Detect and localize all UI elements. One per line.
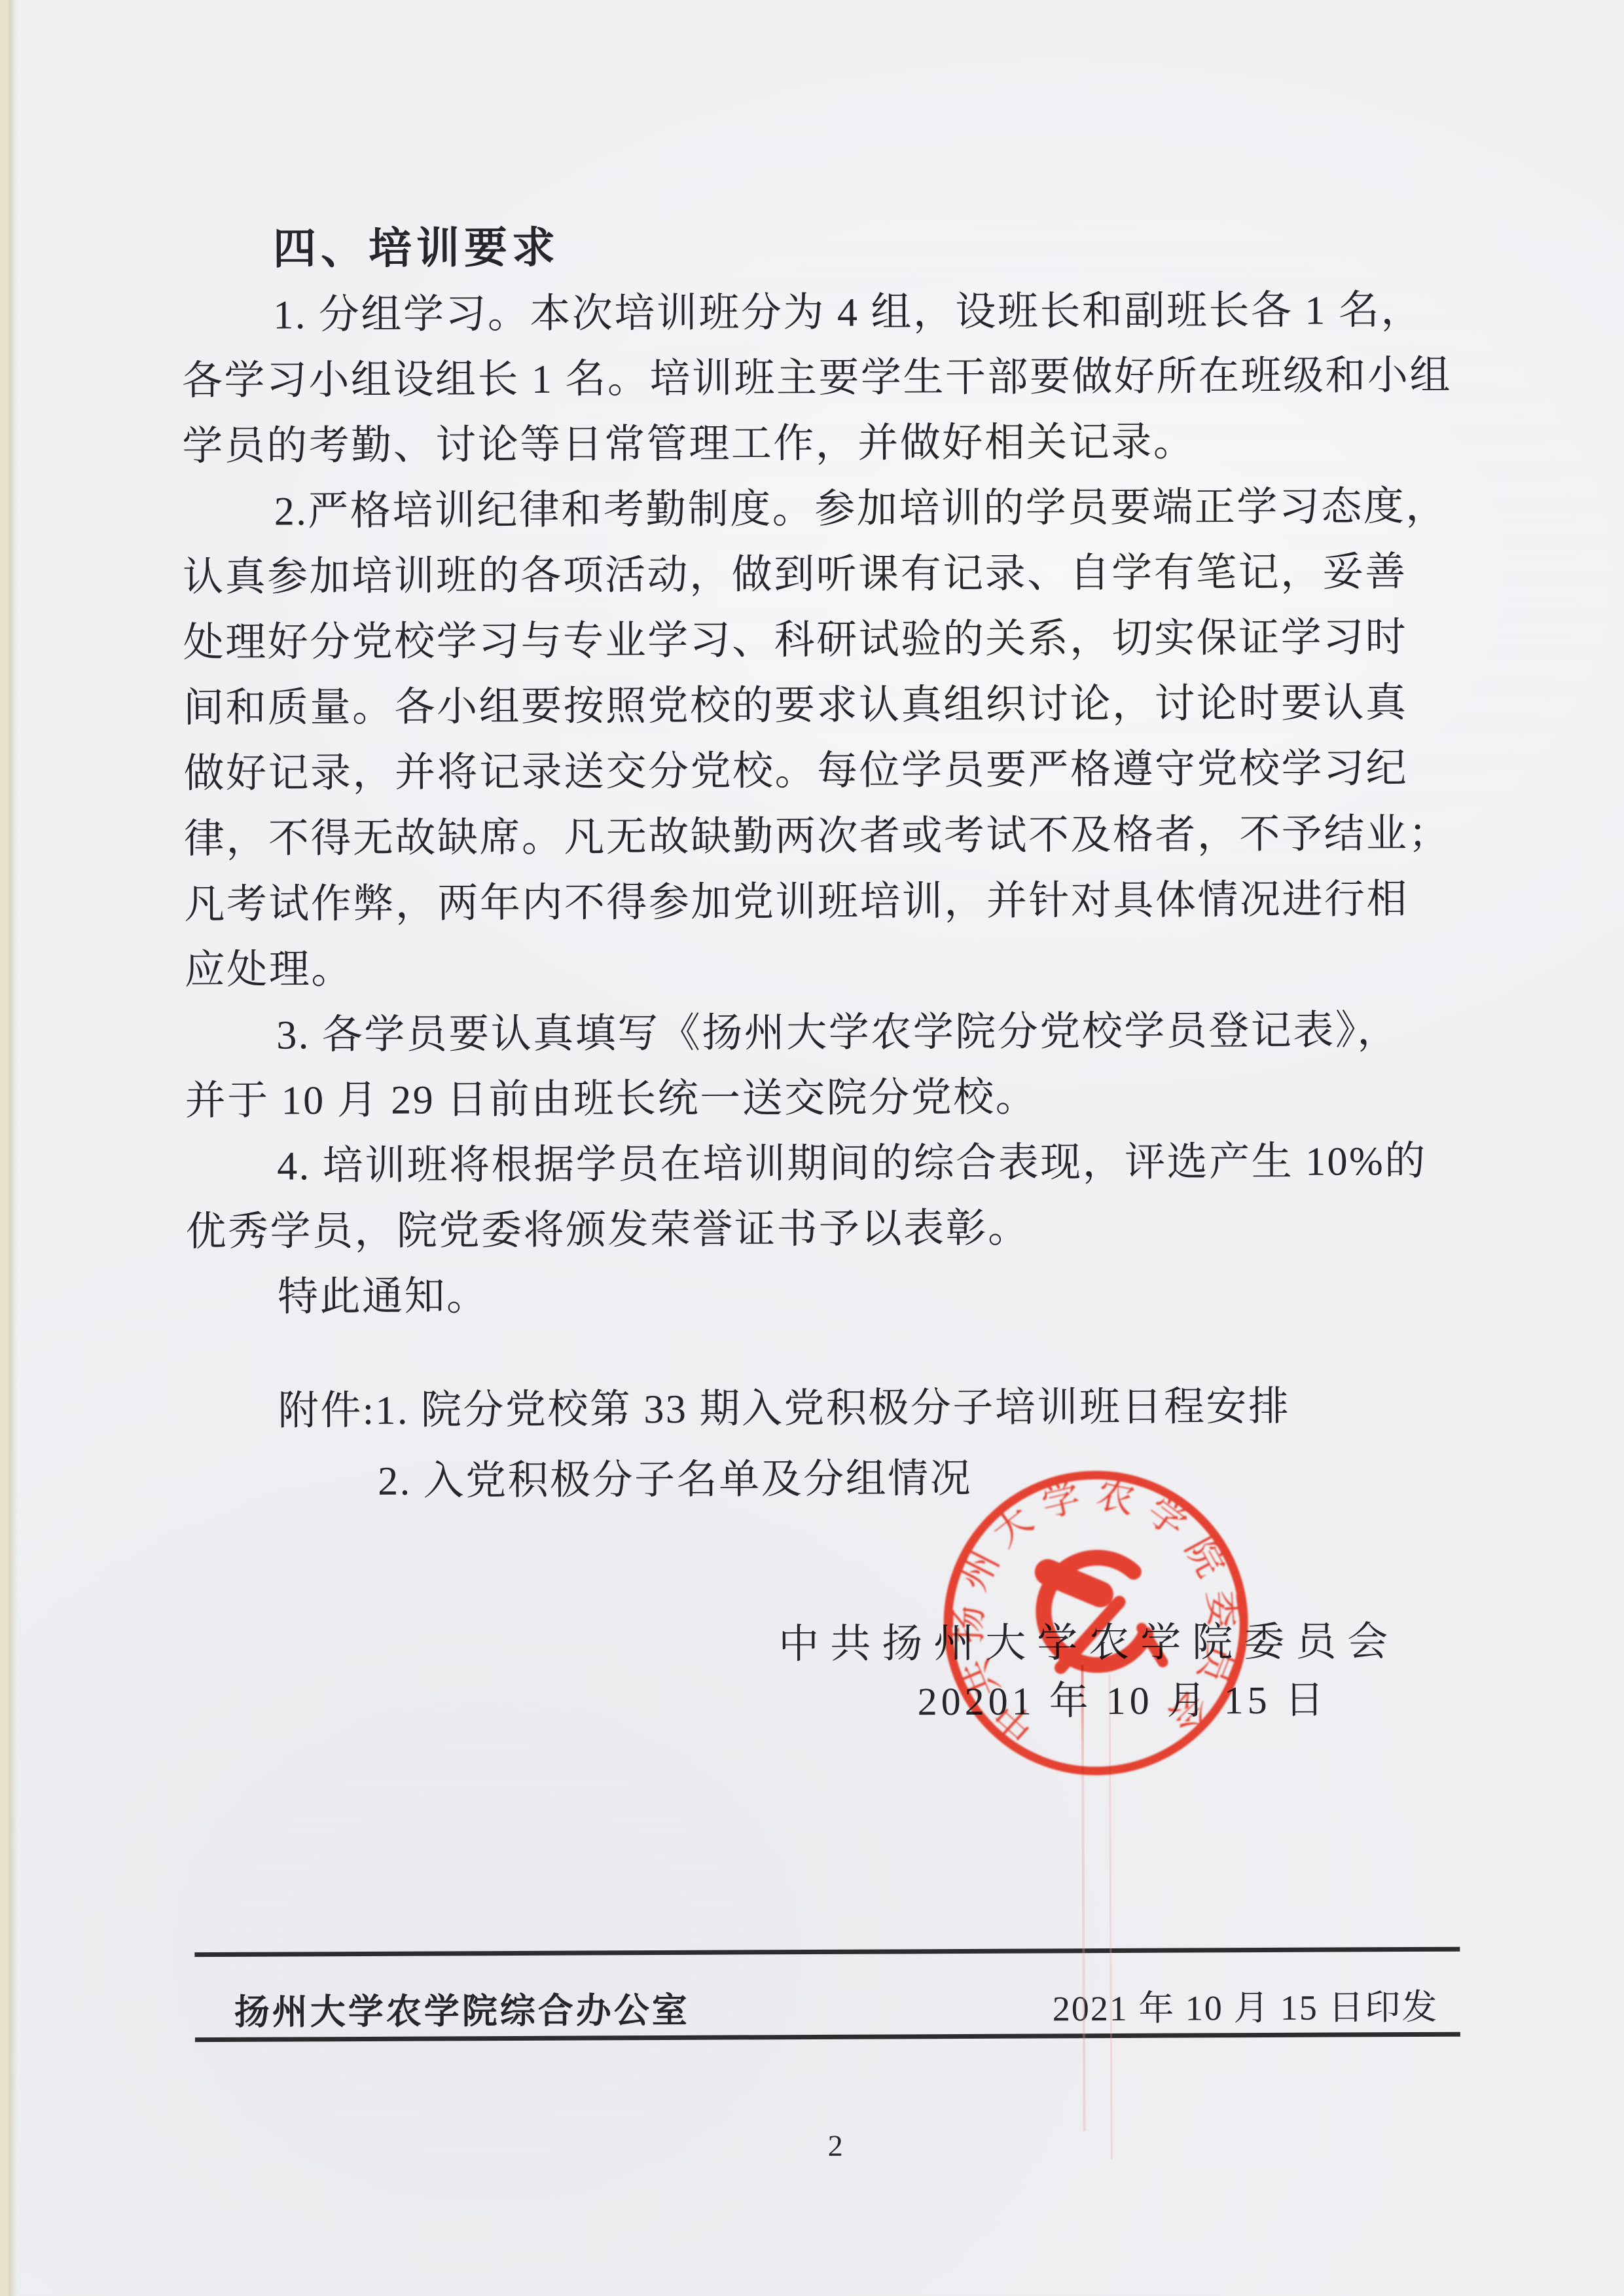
body-line: 做好记录，并将记录送交分党校。每位学员要严格遵守党校学习纪 [183, 735, 1499, 807]
body-line: 并于 10 月 29 日前由班长统一送交院分党校。 [185, 1063, 1500, 1134]
body-line: 凡考试作弊，两年内不得参加党训班培训，并针对具体情况进行相 [184, 866, 1500, 938]
body-line: 各学习小组设组长 1 名。培训班主要学生干部要做好所在班级和小组 [182, 342, 1498, 414]
body-line: 3. 各学员要认真填写《扬州大学农学院分党校学员登记表》， [185, 997, 1500, 1068]
body-line: 4. 培训班将根据学员在培训期间的综合表现，评选产生 10%的 [185, 1128, 1501, 1199]
body-line: 优秀学员，院党委将颁发荣誉证书予以表彰。 [185, 1194, 1501, 1265]
footer-rule-bottom [195, 2032, 1460, 2042]
footer-issuer: 扬州大学农学院综合办公室 [234, 1991, 690, 2032]
section-heading: 四、培训要求 [181, 211, 1497, 283]
scanned-page: 四、培训要求 1. 分组学习。本次培训班分为 4 组，设班长和副班长各 1 名，… [0, 0, 1624, 2296]
page-number: 2 [828, 2126, 843, 2166]
body-line: 特此通知。 [186, 1259, 1502, 1330]
page-content: 四、培训要求 1. 分组学习。本次培训班分为 4 组，设班长和副班长各 1 名，… [0, 0, 1624, 2296]
signature-date: 20201 年 10 月 15 日 [918, 1679, 1328, 1723]
body-line: 1. 分组学习。本次培训班分为 4 组，设班长和副班长各 1 名， [181, 277, 1497, 348]
attachment-line-1: 附件:1. 院分党校第 33 期入党积极分子培训班日程安排 [187, 1372, 1291, 1447]
body-line: 认真参加培训班的各项活动，做到听课有记录、自学有笔记，妥善 [183, 539, 1498, 610]
body-line: 处理好分党校学习与专业学习、科研试验的关系，切实保证学习时 [183, 604, 1498, 676]
signature-org: 中共扬州大学农学院委员会 [778, 1621, 1399, 1666]
body-line: 应处理。 [185, 932, 1500, 1003]
body-line: 律，不得无故缺席。凡无故缺勤两次者或考试不及格者，不予结业； [184, 801, 1500, 872]
footer-rule-top [194, 1947, 1460, 1957]
scan-edge [0, 0, 17, 2296]
body-text-block: 四、培训要求 1. 分组学习。本次培训班分为 4 组，设班长和副班长各 1 名，… [181, 211, 1502, 1330]
body-line: 间和质量。各小组要按照党校的要求认真组织讨论，讨论时要认真 [183, 670, 1499, 741]
body-line: 2.严格培训纪律和考勤制度。参加培训的学员要端正学习态度， [183, 473, 1498, 545]
body-line: 学员的考勤、讨论等日常管理工作，并做好相关记录。 [182, 408, 1498, 479]
